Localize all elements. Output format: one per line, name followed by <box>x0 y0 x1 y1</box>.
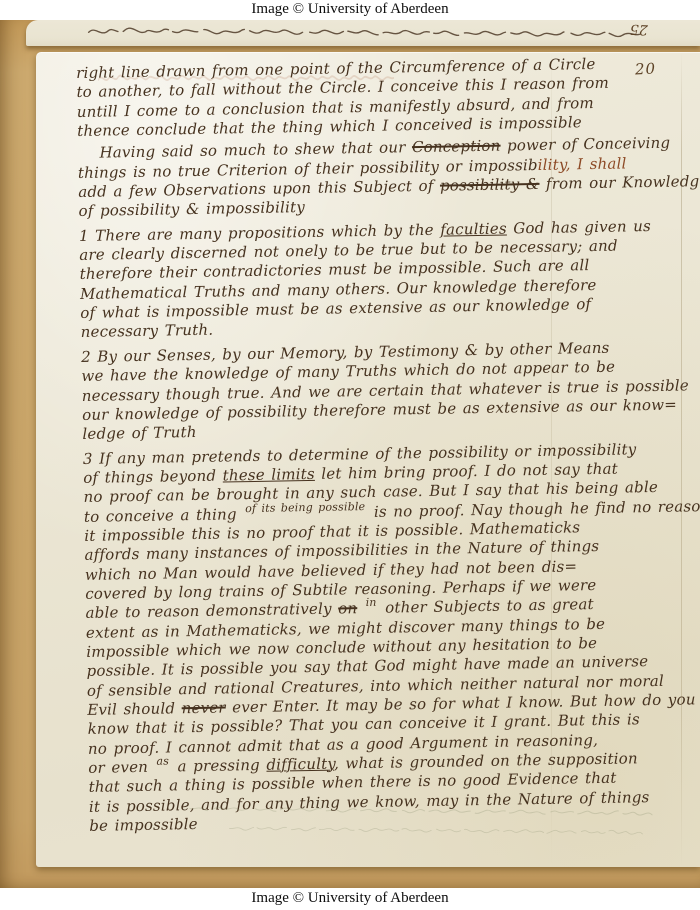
manuscript-photo: 25 20 right line drawn from one point of… <box>0 20 700 888</box>
caption-top: Image © University of Aberdeen <box>0 0 700 20</box>
manuscript-page: 20 right line drawn from one point of th… <box>36 52 700 867</box>
facing-page-strip: 25 <box>26 20 700 46</box>
facing-page-number: 25 <box>630 21 648 38</box>
manuscript-text: right line drawn from one point of the C… <box>76 54 689 837</box>
inverted-handwriting-line <box>84 22 644 43</box>
scanned-manuscript-viewer: Image © University of Aberdeen 25 20 rig… <box>0 0 700 910</box>
paper-crease <box>681 52 682 867</box>
caption-bottom: Image © University of Aberdeen <box>0 888 700 910</box>
paper-crease <box>551 52 552 867</box>
